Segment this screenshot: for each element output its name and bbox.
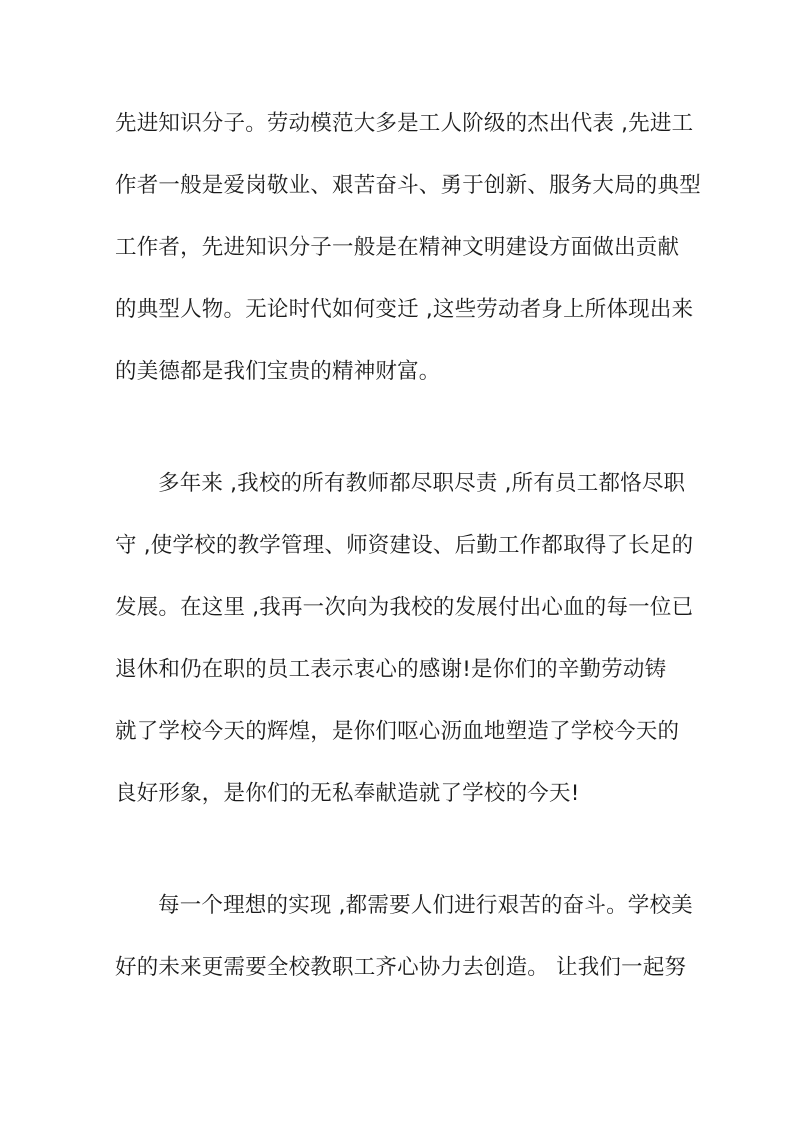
text-line: 发展。在这里 ,我再一次向为我校的发展付出心血的每一位已 bbox=[115, 577, 677, 639]
text-line: 良好形象，是你们的无私奉献造就了学校的今天! bbox=[115, 763, 677, 825]
text-line: 的美德都是我们宝贵的精神财富。 bbox=[115, 341, 677, 403]
document-page: 先进知识分子。劳动模范大多是工人阶级的杰出代表 ,先进工 作者一般是爱岗敬业、艰… bbox=[0, 0, 793, 1122]
paragraph-2: 多年来 ,我校的所有教师都尽职尽责 ,所有员工都恪尽职 守 ,使学校的教学管理、… bbox=[115, 453, 677, 825]
paragraph-3: 每一个理想的实现 ,都需要人们进行艰苦的奋斗。学校美 好的未来更需要全校教职工齐… bbox=[115, 875, 677, 999]
text-line: 多年来 ,我校的所有教师都尽职尽责 ,所有员工都恪尽职 bbox=[115, 453, 677, 515]
text-line: 工作者，先进知识分子一般是在精神文明建设方面做出贡献 bbox=[115, 217, 677, 279]
text-line: 退休和仍在职的员工表示衷心的感谢!是你们的辛勤劳动铸 bbox=[115, 639, 677, 701]
text-line: 每一个理想的实现 ,都需要人们进行艰苦的奋斗。学校美 bbox=[115, 875, 677, 937]
text-line: 先进知识分子。劳动模范大多是工人阶级的杰出代表 ,先进工 bbox=[115, 93, 677, 155]
text-line: 守 ,使学校的教学管理、师资建设、后勤工作都取得了长足的 bbox=[115, 515, 677, 577]
paragraph-1: 先进知识分子。劳动模范大多是工人阶级的杰出代表 ,先进工 作者一般是爱岗敬业、艰… bbox=[115, 93, 677, 403]
text-line: 就了学校今天的辉煌，是你们呕心沥血地塑造了学校今天的 bbox=[115, 701, 677, 763]
document-body: 先进知识分子。劳动模范大多是工人阶级的杰出代表 ,先进工 作者一般是爱岗敬业、艰… bbox=[115, 93, 677, 999]
text-line: 好的未来更需要全校教职工齐心协力去创造。 让我们一起努 bbox=[115, 937, 677, 999]
text-line: 的典型人物。无论时代如何变迁 ,这些劳动者身上所体现出来 bbox=[115, 279, 677, 341]
text-line: 作者一般是爱岗敬业、艰苦奋斗、勇于创新、服务大局的典型 bbox=[115, 155, 677, 217]
